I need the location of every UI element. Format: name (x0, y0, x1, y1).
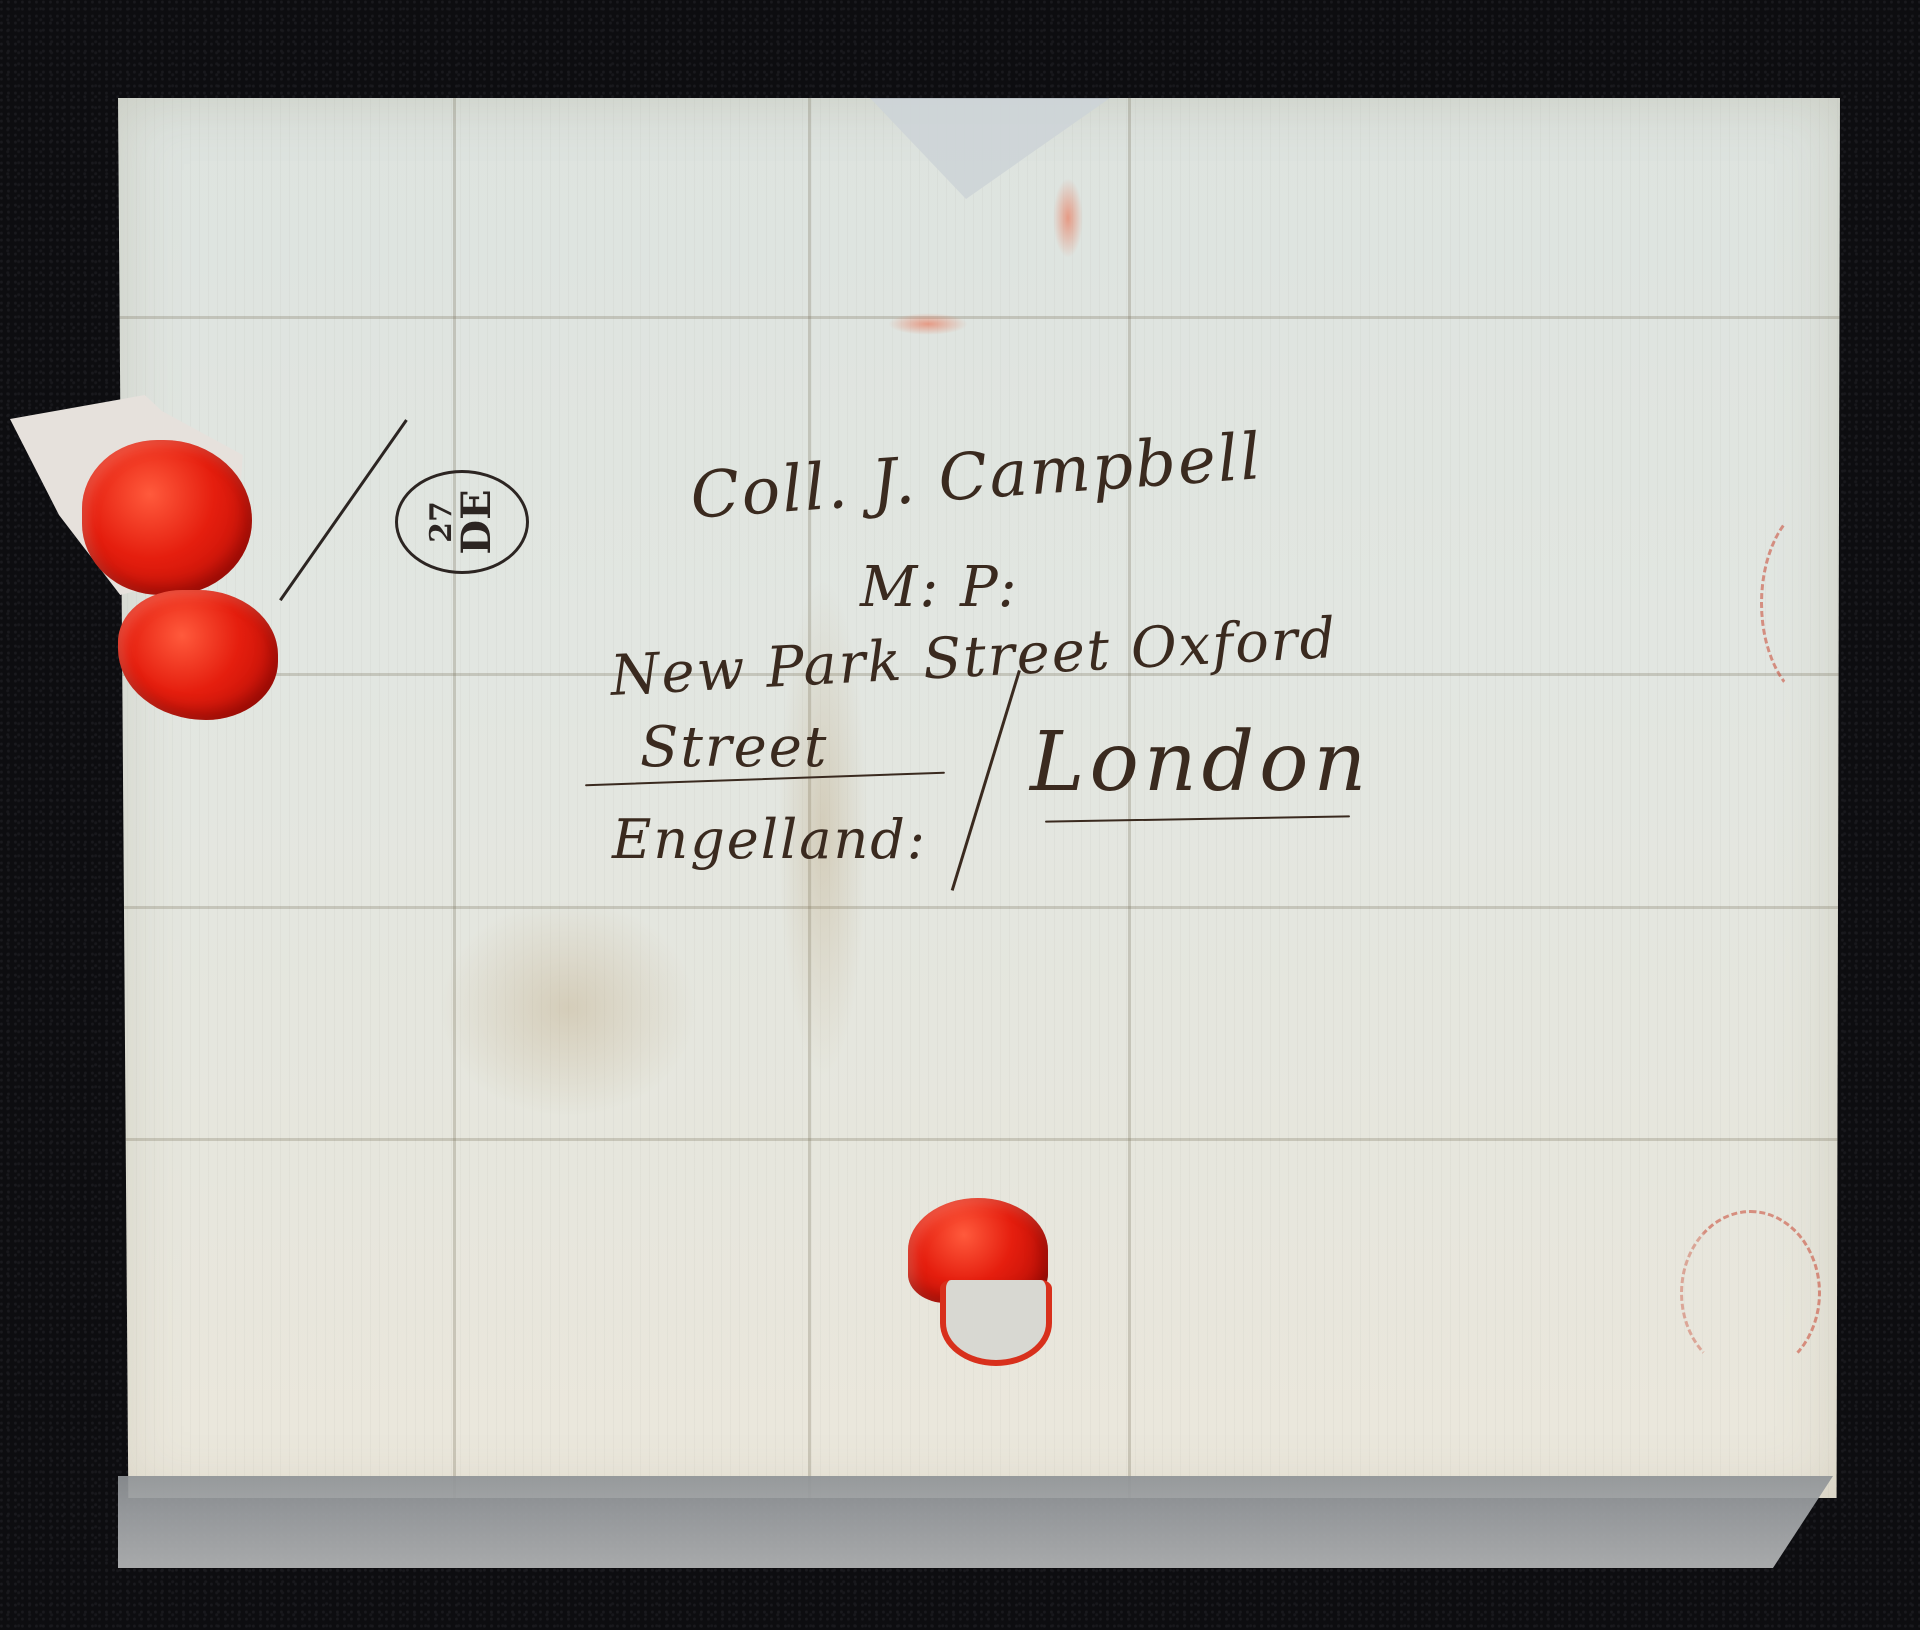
address-line-city: London (1030, 715, 1371, 810)
broken-seal-remnant (940, 1280, 1052, 1366)
faint-red-handstamp (1680, 1210, 1821, 1376)
address-line-title: M: P: (860, 555, 1019, 620)
fold-line (453, 98, 456, 1498)
wax-seal-upper (82, 440, 252, 595)
address-line-country: Engelland: (612, 808, 927, 871)
fold-line (118, 906, 1840, 909)
fold-line (118, 1138, 1840, 1141)
postmark: 27 DE (395, 470, 529, 574)
postmark-month: DE (457, 489, 497, 554)
tissue-strip (118, 1476, 1833, 1568)
foxing-stain (438, 898, 698, 1118)
fold-line (118, 316, 1840, 319)
red-wax-smudge (888, 313, 968, 335)
faint-red-mark-edge (1760, 500, 1886, 706)
address-line-street-cont: Street (640, 715, 828, 780)
red-wax-smudge (1053, 178, 1083, 258)
